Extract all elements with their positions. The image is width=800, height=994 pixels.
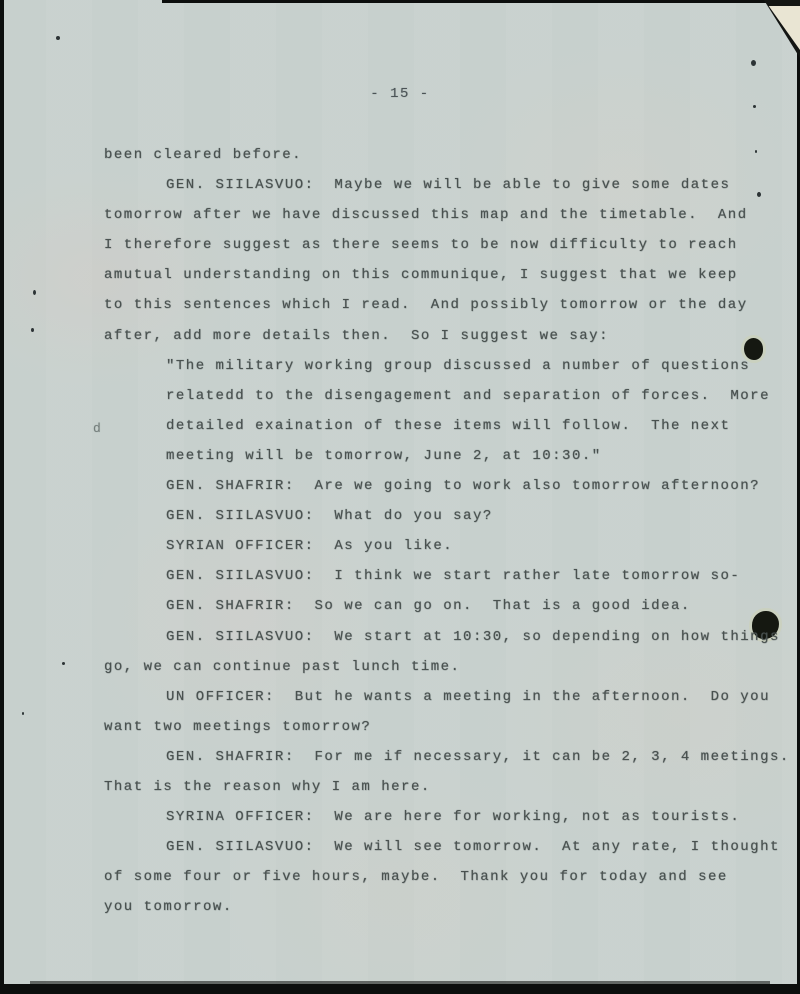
transcript-line: GEN. SHAFRIR: So we can go on. That is a… (104, 598, 764, 628)
scan-edge-top (162, 0, 800, 3)
transcript-line: I therefore suggest as there seems to be… (104, 237, 764, 267)
transcript-line: you tomorrow. (104, 899, 764, 929)
transcript-line: GEN. SIILASVUO: We start at 10:30, so de… (104, 629, 764, 659)
speckle-icon (753, 105, 756, 108)
transcript-line: been cleared before. (104, 147, 764, 177)
scan-edge-bottom (0, 984, 800, 994)
transcript-line: UN OFFICER: But he wants a meeting in th… (104, 689, 764, 719)
transcript-line: detailed exaination of these items will … (104, 418, 764, 448)
transcript-line: tomorrow after we have discussed this ma… (104, 207, 764, 237)
transcript-line: GEN. SIILASVUO: We will see tomorrow. At… (104, 839, 764, 869)
margin-stray-character: d (93, 421, 101, 436)
transcript-line: GEN. SHAFRIR: Are we going to work also … (104, 478, 764, 508)
transcript-line: meeting will be tomorrow, June 2, at 10:… (104, 448, 764, 478)
transcript-line: relatedd to the disengagement and separa… (104, 388, 764, 418)
transcript-line: go, we can continue past lunch time. (104, 659, 764, 689)
speckle-icon (22, 712, 24, 715)
transcript-line: to this sentences which I read. And poss… (104, 297, 764, 327)
transcript-line: GEN. SHAFRIR: For me if necessary, it ca… (104, 749, 764, 779)
transcript-line: want two meetings tomorrow? (104, 719, 764, 749)
transcript-line: That is the reason why I am here. (104, 779, 764, 809)
speckle-icon (31, 328, 34, 332)
transcript-line: GEN. SIILASVUO: Maybe we will be able to… (104, 177, 764, 207)
transcript-line: SYRIAN OFFICER: As you like. (104, 538, 764, 568)
speckle-icon (751, 60, 756, 66)
transcript-line: GEN. SIILASVUO: I think we start rather … (104, 568, 764, 598)
page-number: - 15 - (0, 86, 800, 102)
transcript-line: "The military working group discussed a … (104, 358, 764, 388)
scan-edge-left (0, 0, 4, 994)
transcript-line: after, add more details then. So I sugge… (104, 328, 764, 358)
transcript-body: been cleared before.GEN. SIILASVUO: Mayb… (104, 147, 764, 929)
transcript-line: of some four or five hours, maybe. Thank… (104, 869, 764, 899)
transcript-line: SYRINA OFFICER: We are here for working,… (104, 809, 764, 839)
transcript-line: GEN. SIILASVUO: What do you say? (104, 508, 764, 538)
transcript-line: amutual understanding on this communique… (104, 267, 764, 297)
speckle-icon (56, 36, 60, 40)
scanned-document-page: - 15 - d been cleared before.GEN. SIILAS… (0, 0, 800, 994)
speckle-icon (33, 290, 36, 295)
scan-edge-bottom-shadow (30, 981, 770, 985)
speckle-icon (62, 662, 65, 665)
